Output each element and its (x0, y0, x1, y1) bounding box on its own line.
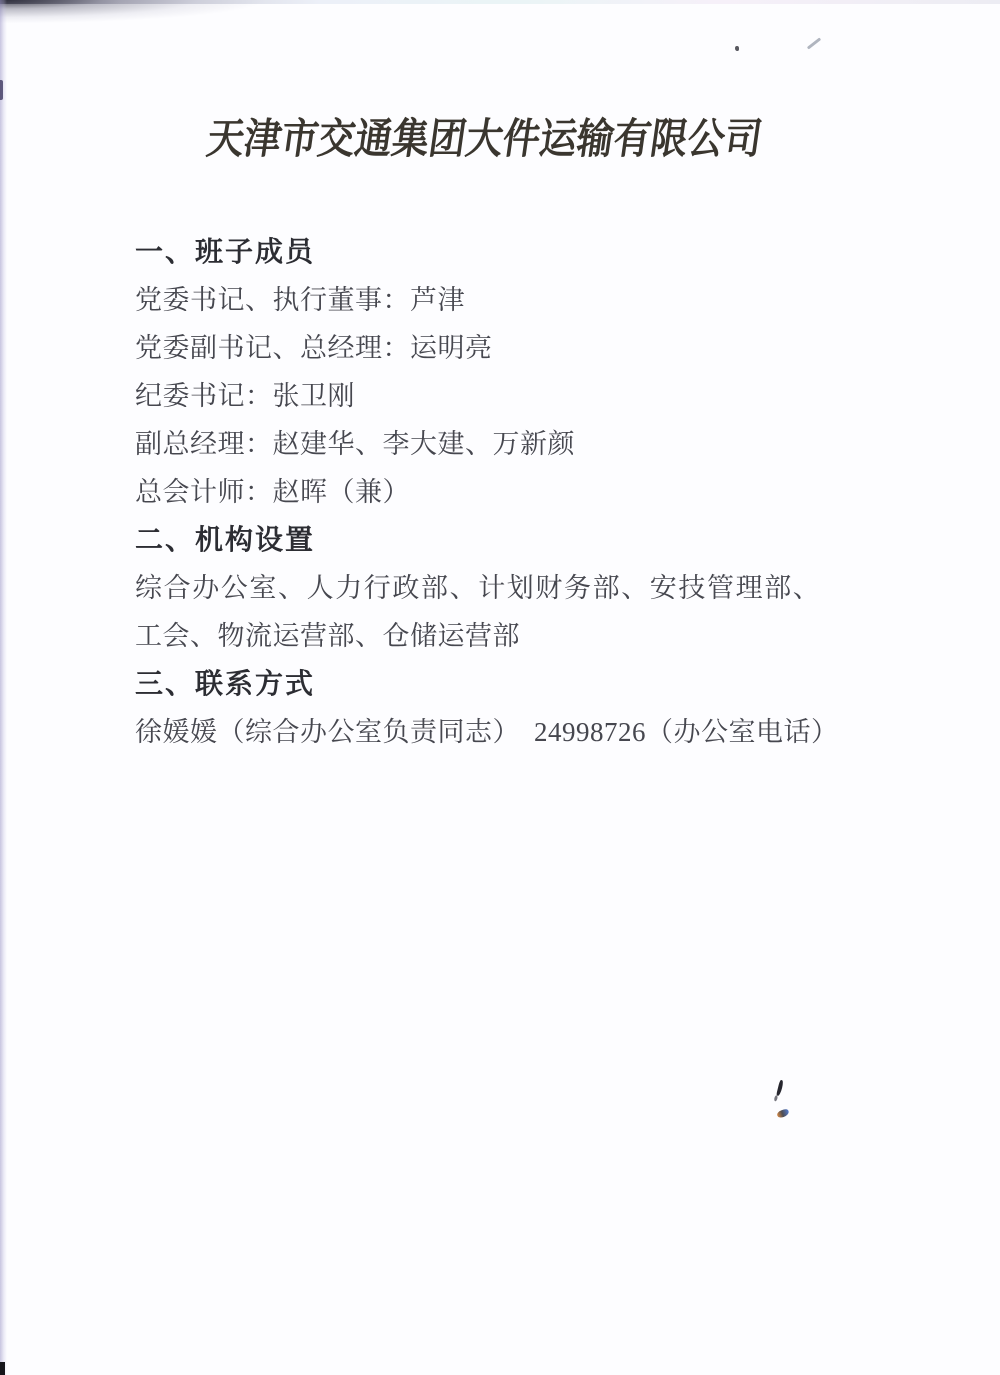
body-line-deputy-managers: 副总经理：赵建华、李大建、万新颜 (135, 420, 825, 468)
scanned-document-page: 天津市交通集团大件运输有限公司 一、班子成员 党委书记、执行董事：芦津 党委副书… (0, 0, 1000, 1375)
scan-edge-shadow-left (0, 0, 7, 1375)
document-body: 一、班子成员 党委书记、执行董事：芦津 党委副书记、总经理：运明亮 纪委书记：张… (135, 228, 825, 756)
section-contact-info: 三、联系方式 徐媛媛（综合办公室负责同志） 24998726（办公室电话） (135, 660, 825, 756)
section-org-structure: 二、机构设置 综合办公室、人力行政部、计划财务部、安技管理部、 工会、物流运营部… (135, 516, 825, 660)
section-team-members: 一、班子成员 党委书记、执行董事：芦津 党委副书记、总经理：运明亮 纪委书记：张… (135, 228, 825, 516)
scan-speck-slash (807, 37, 821, 49)
body-line-chief-accountant: 总会计师：赵晖（兼） (135, 468, 825, 516)
scan-speck-color (776, 1108, 790, 1119)
section-heading-team-members: 一、班子成员 (135, 228, 825, 276)
scan-mark-comma (776, 1080, 784, 1096)
body-line-departments-2: 工会、物流运营部、仓储运营部 (135, 612, 825, 660)
body-line-deputy-secretary: 党委副书记、总经理：运明亮 (135, 324, 825, 372)
scan-mark-bottom-left (0, 1362, 5, 1375)
body-line-contact: 徐媛媛（综合办公室负责同志） 24998726（办公室电话） (135, 708, 825, 756)
body-line-discipline-secretary: 纪委书记：张卫刚 (135, 372, 825, 420)
section-heading-contact-info: 三、联系方式 (135, 660, 825, 708)
scan-notch-left (0, 80, 3, 100)
body-line-departments-1: 综合办公室、人力行政部、计划财务部、安技管理部、 (135, 564, 825, 612)
section-heading-org-structure: 二、机构设置 (135, 516, 825, 564)
document-title: 天津市交通集团大件运输有限公司 (173, 106, 797, 166)
body-line-party-secretary: 党委书记、执行董事：芦津 (135, 276, 825, 324)
scan-smudge-top-left (0, 0, 340, 30)
scan-speck-dot (735, 46, 739, 51)
